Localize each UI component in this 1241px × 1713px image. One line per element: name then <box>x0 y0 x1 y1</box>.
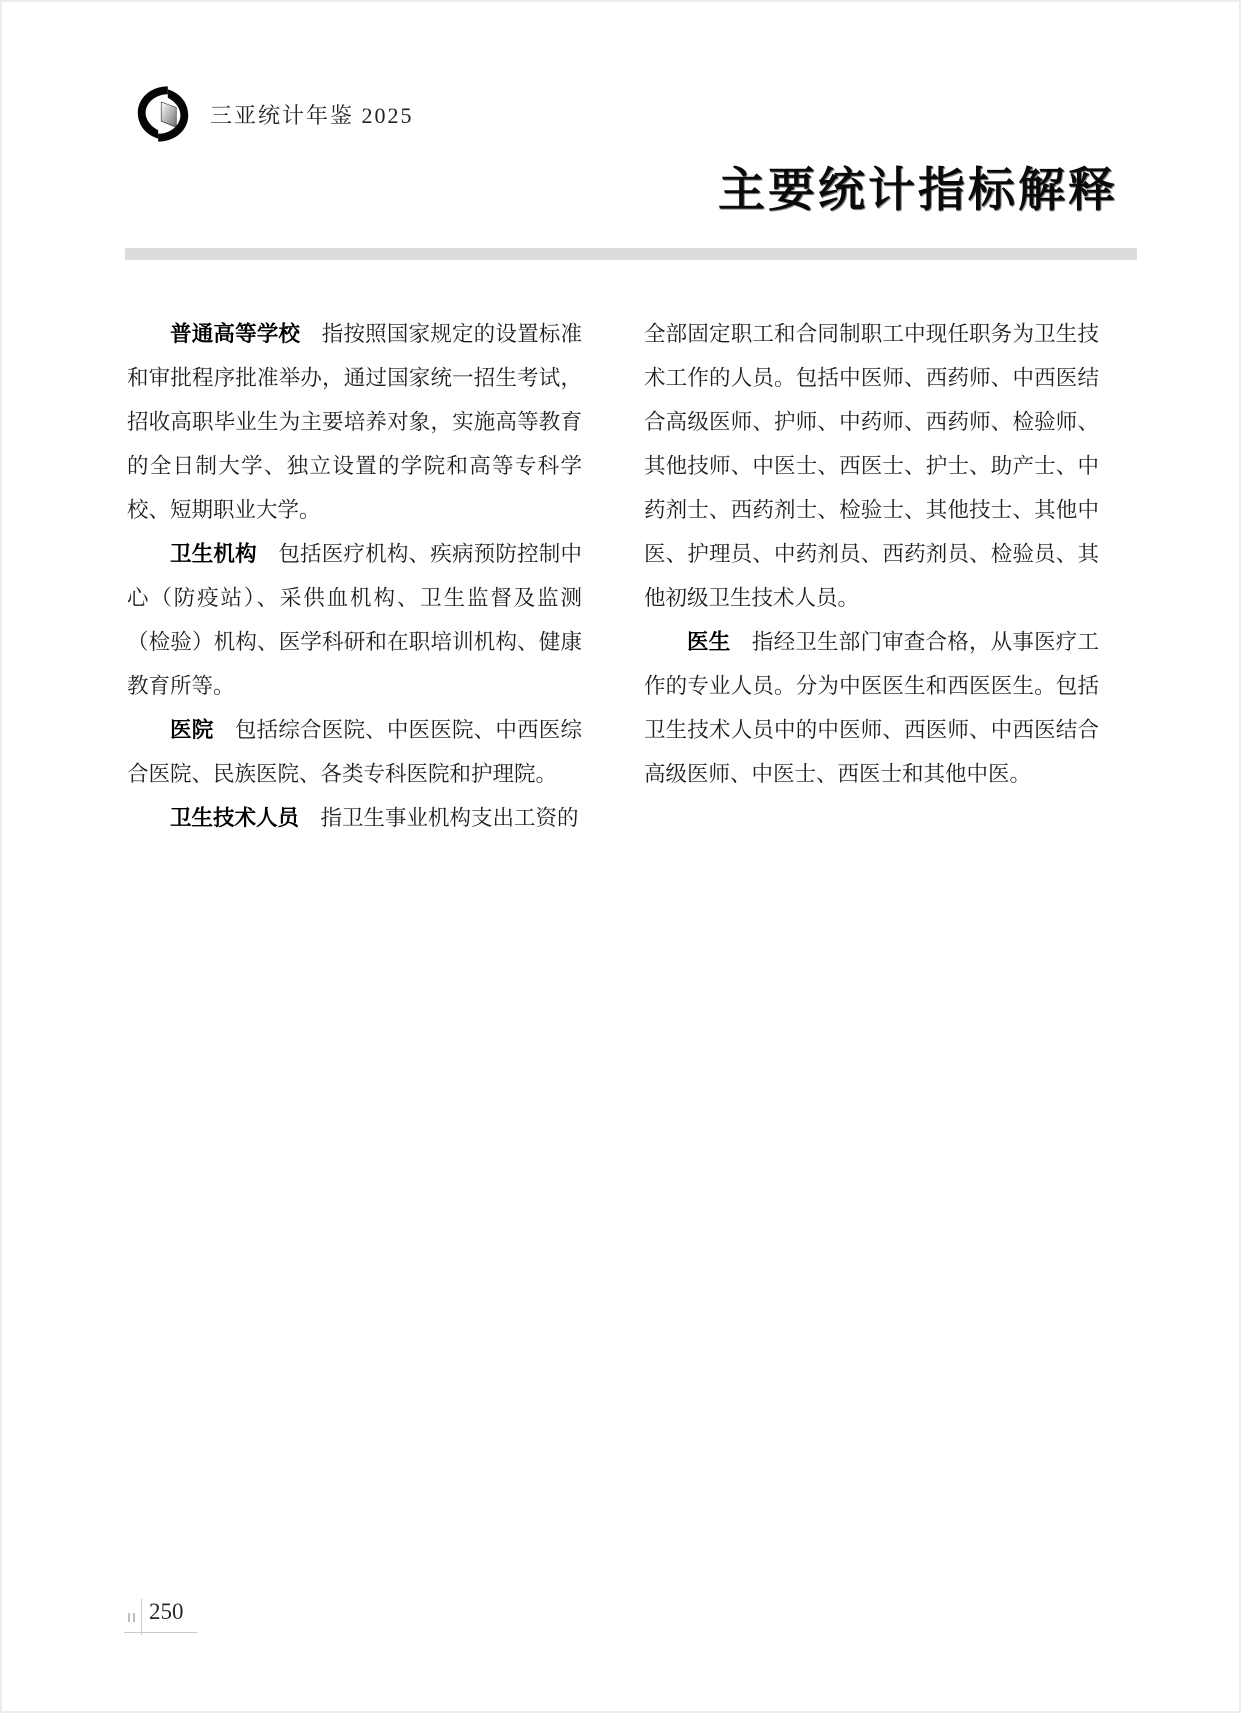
right-column: 全部固定职工和合同制职工中现任职务为卫生技术工作的人员。包括中医师、西药师、中西… <box>644 312 1099 840</box>
term-label: 普通高等学校 <box>170 322 300 346</box>
term-label: 医院 <box>170 718 213 742</box>
yearbook-page: 三亚统计年鉴 2025 主要统计指标解释 普通高等学校指按照国家规定的设置标准和… <box>0 0 1241 1713</box>
definition-text: 指卫生事业机构支出工资的 <box>321 806 579 830</box>
page-number: 250 <box>149 1599 184 1625</box>
book-title: 三亚统计年鉴 2025 <box>210 99 414 130</box>
heading-divider-bar <box>125 248 1137 260</box>
term-label: 卫生技术人员 <box>170 806 299 830</box>
yearbook-logo-icon <box>133 84 193 144</box>
content-columns: 普通高等学校指按照国家规定的设置标准和审批程序批准举办，通过国家统一招生考试，招… <box>127 312 1102 840</box>
definition-paragraph-doctors: 医生指经卫生部门审查合格，从事医疗工作的专业人员。分为中医医生和西医医生。包括卫… <box>644 620 1099 796</box>
page-title: 主要统计指标解释 <box>718 162 1118 221</box>
crop-mark-horizontal <box>124 1632 197 1633</box>
definition-paragraph-hospitals: 医院包括综合医院、中医医院、中西医综合医院、民族医院、各类专科医院和护理院。 <box>127 708 582 796</box>
definition-text: 指按照国家规定的设置标准和审批程序批准举办，通过国家统一招生考试，招收高职毕业生… <box>127 322 582 522</box>
definition-text: 全部固定职工和合同制职工中现任职务为卫生技术工作的人员。包括中医师、西药师、中西… <box>644 322 1099 610</box>
left-column: 普通高等学校指按照国家规定的设置标准和审批程序批准举办，通过国家统一招生考试，招… <box>127 312 582 840</box>
page-header: 三亚统计年鉴 2025 <box>133 84 414 144</box>
definition-paragraph-health-personnel: 卫生技术人员指卫生事业机构支出工资的 <box>127 796 582 840</box>
term-label: 卫生机构 <box>170 542 257 566</box>
definition-paragraph-health-institutions: 卫生机构包括医疗机构、疾病预防控制中心（防疫站）、采供血机构、卫生监督及监测（检… <box>127 532 582 708</box>
definition-paragraph-health-personnel-continued: 全部固定职工和合同制职工中现任职务为卫生技术工作的人员。包括中医师、西药师、中西… <box>644 312 1099 620</box>
registration-mark <box>128 1613 135 1622</box>
definition-paragraph-higher-education: 普通高等学校指按照国家规定的设置标准和审批程序批准举办，通过国家统一招生考试，招… <box>127 312 582 532</box>
term-label: 医生 <box>687 630 730 654</box>
crop-mark-vertical <box>141 1599 142 1635</box>
